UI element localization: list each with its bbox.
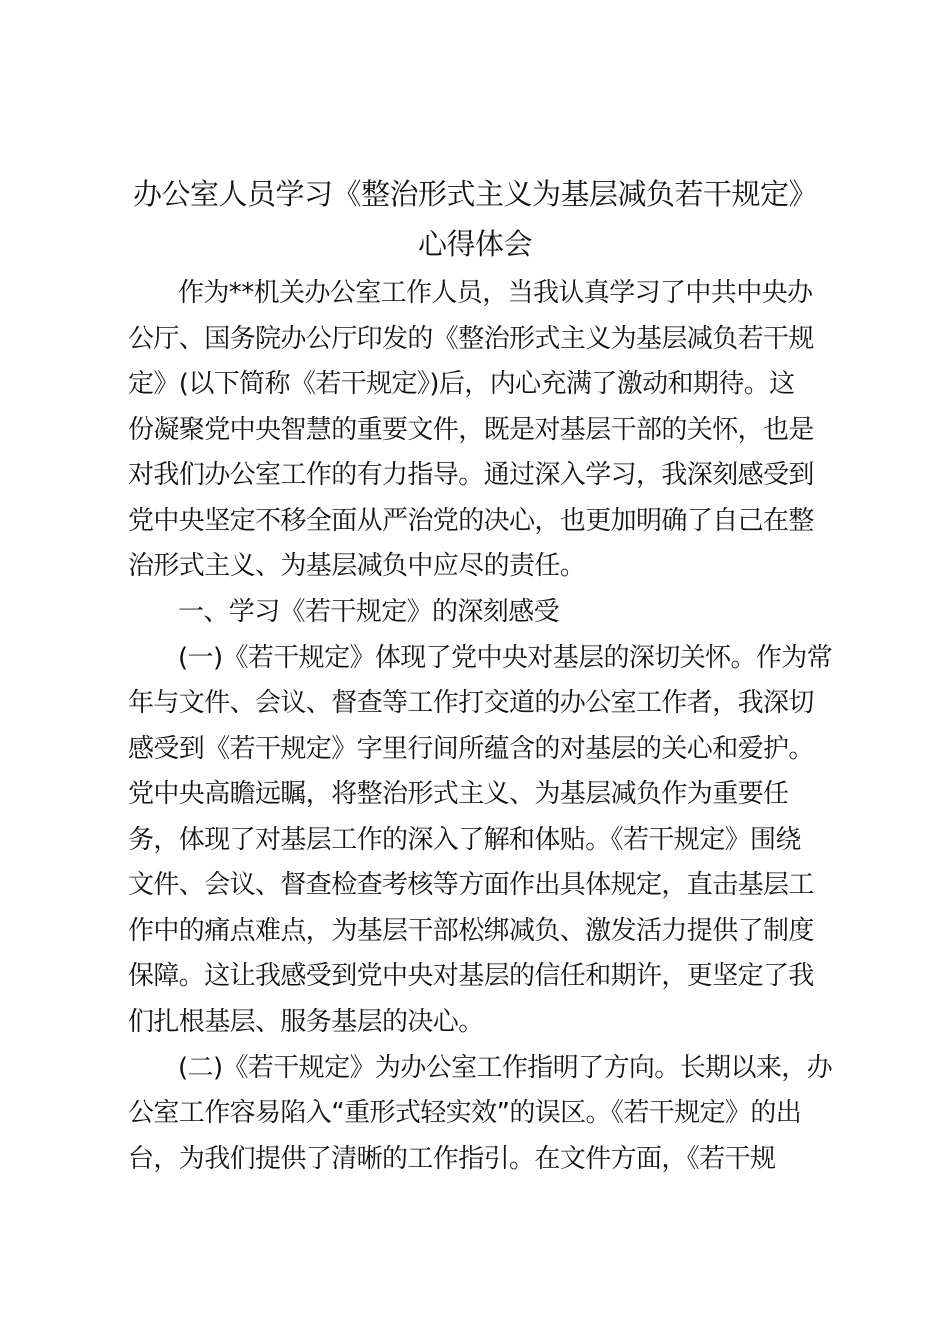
text-line: 党中央高瞻远瞩，将整治形式主义、为基层减负作为重要任 <box>128 772 788 816</box>
text-line: 对我们办公室工作的有力指导。通过深入学习，我深刻感受到 <box>128 453 814 497</box>
document-subtitle: 心得体会 <box>0 222 950 266</box>
text-line: (一)《若干规定》体现了党中央对基层的深切关怀。作为常 <box>178 636 832 680</box>
text-line: 保障。这让我感受到党中央对基层的信任和期许，更坚定了我 <box>128 954 814 998</box>
text-line: 感受到《若干规定》字里行间所蕴含的对基层的关心和爱护。 <box>128 727 814 771</box>
text-line: 务，体现了对基层工作的深入了解和体贴。《若干规定》围绕 <box>128 818 801 862</box>
text-line: 台，为我们提供了清晰的工作指引。在文件方面，《若干规 <box>128 1137 775 1181</box>
text-line: 年与文件、会议、督查等工作打交道的办公室工作者，我深切 <box>128 681 814 725</box>
text-line: (二)《若干规定》为办公室工作指明了方向。长期以来，办 <box>178 1046 832 1090</box>
text-line: 们扎根基层、服务基层的决心。 <box>128 1000 484 1044</box>
text-line: 作中的痛点难点，为基层干部松绑减负、激发活力提供了制度 <box>128 909 814 953</box>
document-title: 办公室人员学习《整治形式主义为基层减负若干规定》 <box>0 172 950 216</box>
text-line: 公室工作容易陷入“重形式轻实效”的误区。《若干规定》的出 <box>128 1091 801 1135</box>
text-line: 公厅、国务院办公厅印发的《整治形式主义为基层减负若干规 <box>128 317 814 361</box>
text-line: 作为**机关办公室工作人员，当我认真学习了中共中央办 <box>178 271 812 315</box>
document-page: 办公室人员学习《整治形式主义为基层减负若干规定》 心得体会 作为**机关办公室工… <box>0 0 950 1344</box>
text-line: 定》(以下简称《若干规定》)后，内心充满了激动和期待。这 <box>128 362 795 406</box>
text-line: 份凝聚党中央智慧的重要文件，既是对基层干部的关怀，也是 <box>128 408 814 452</box>
text-line: 治形式主义、为基层减负中应尽的责任。 <box>128 544 585 588</box>
text-line: 党中央坚定不移全面从严治党的决心，也更加明确了自己在整 <box>128 499 814 543</box>
text-line: 一、学习《若干规定》的深刻感受 <box>178 590 559 634</box>
text-line: 文件、会议、督查检查考核等方面作出具体规定，直击基层工 <box>128 863 814 907</box>
